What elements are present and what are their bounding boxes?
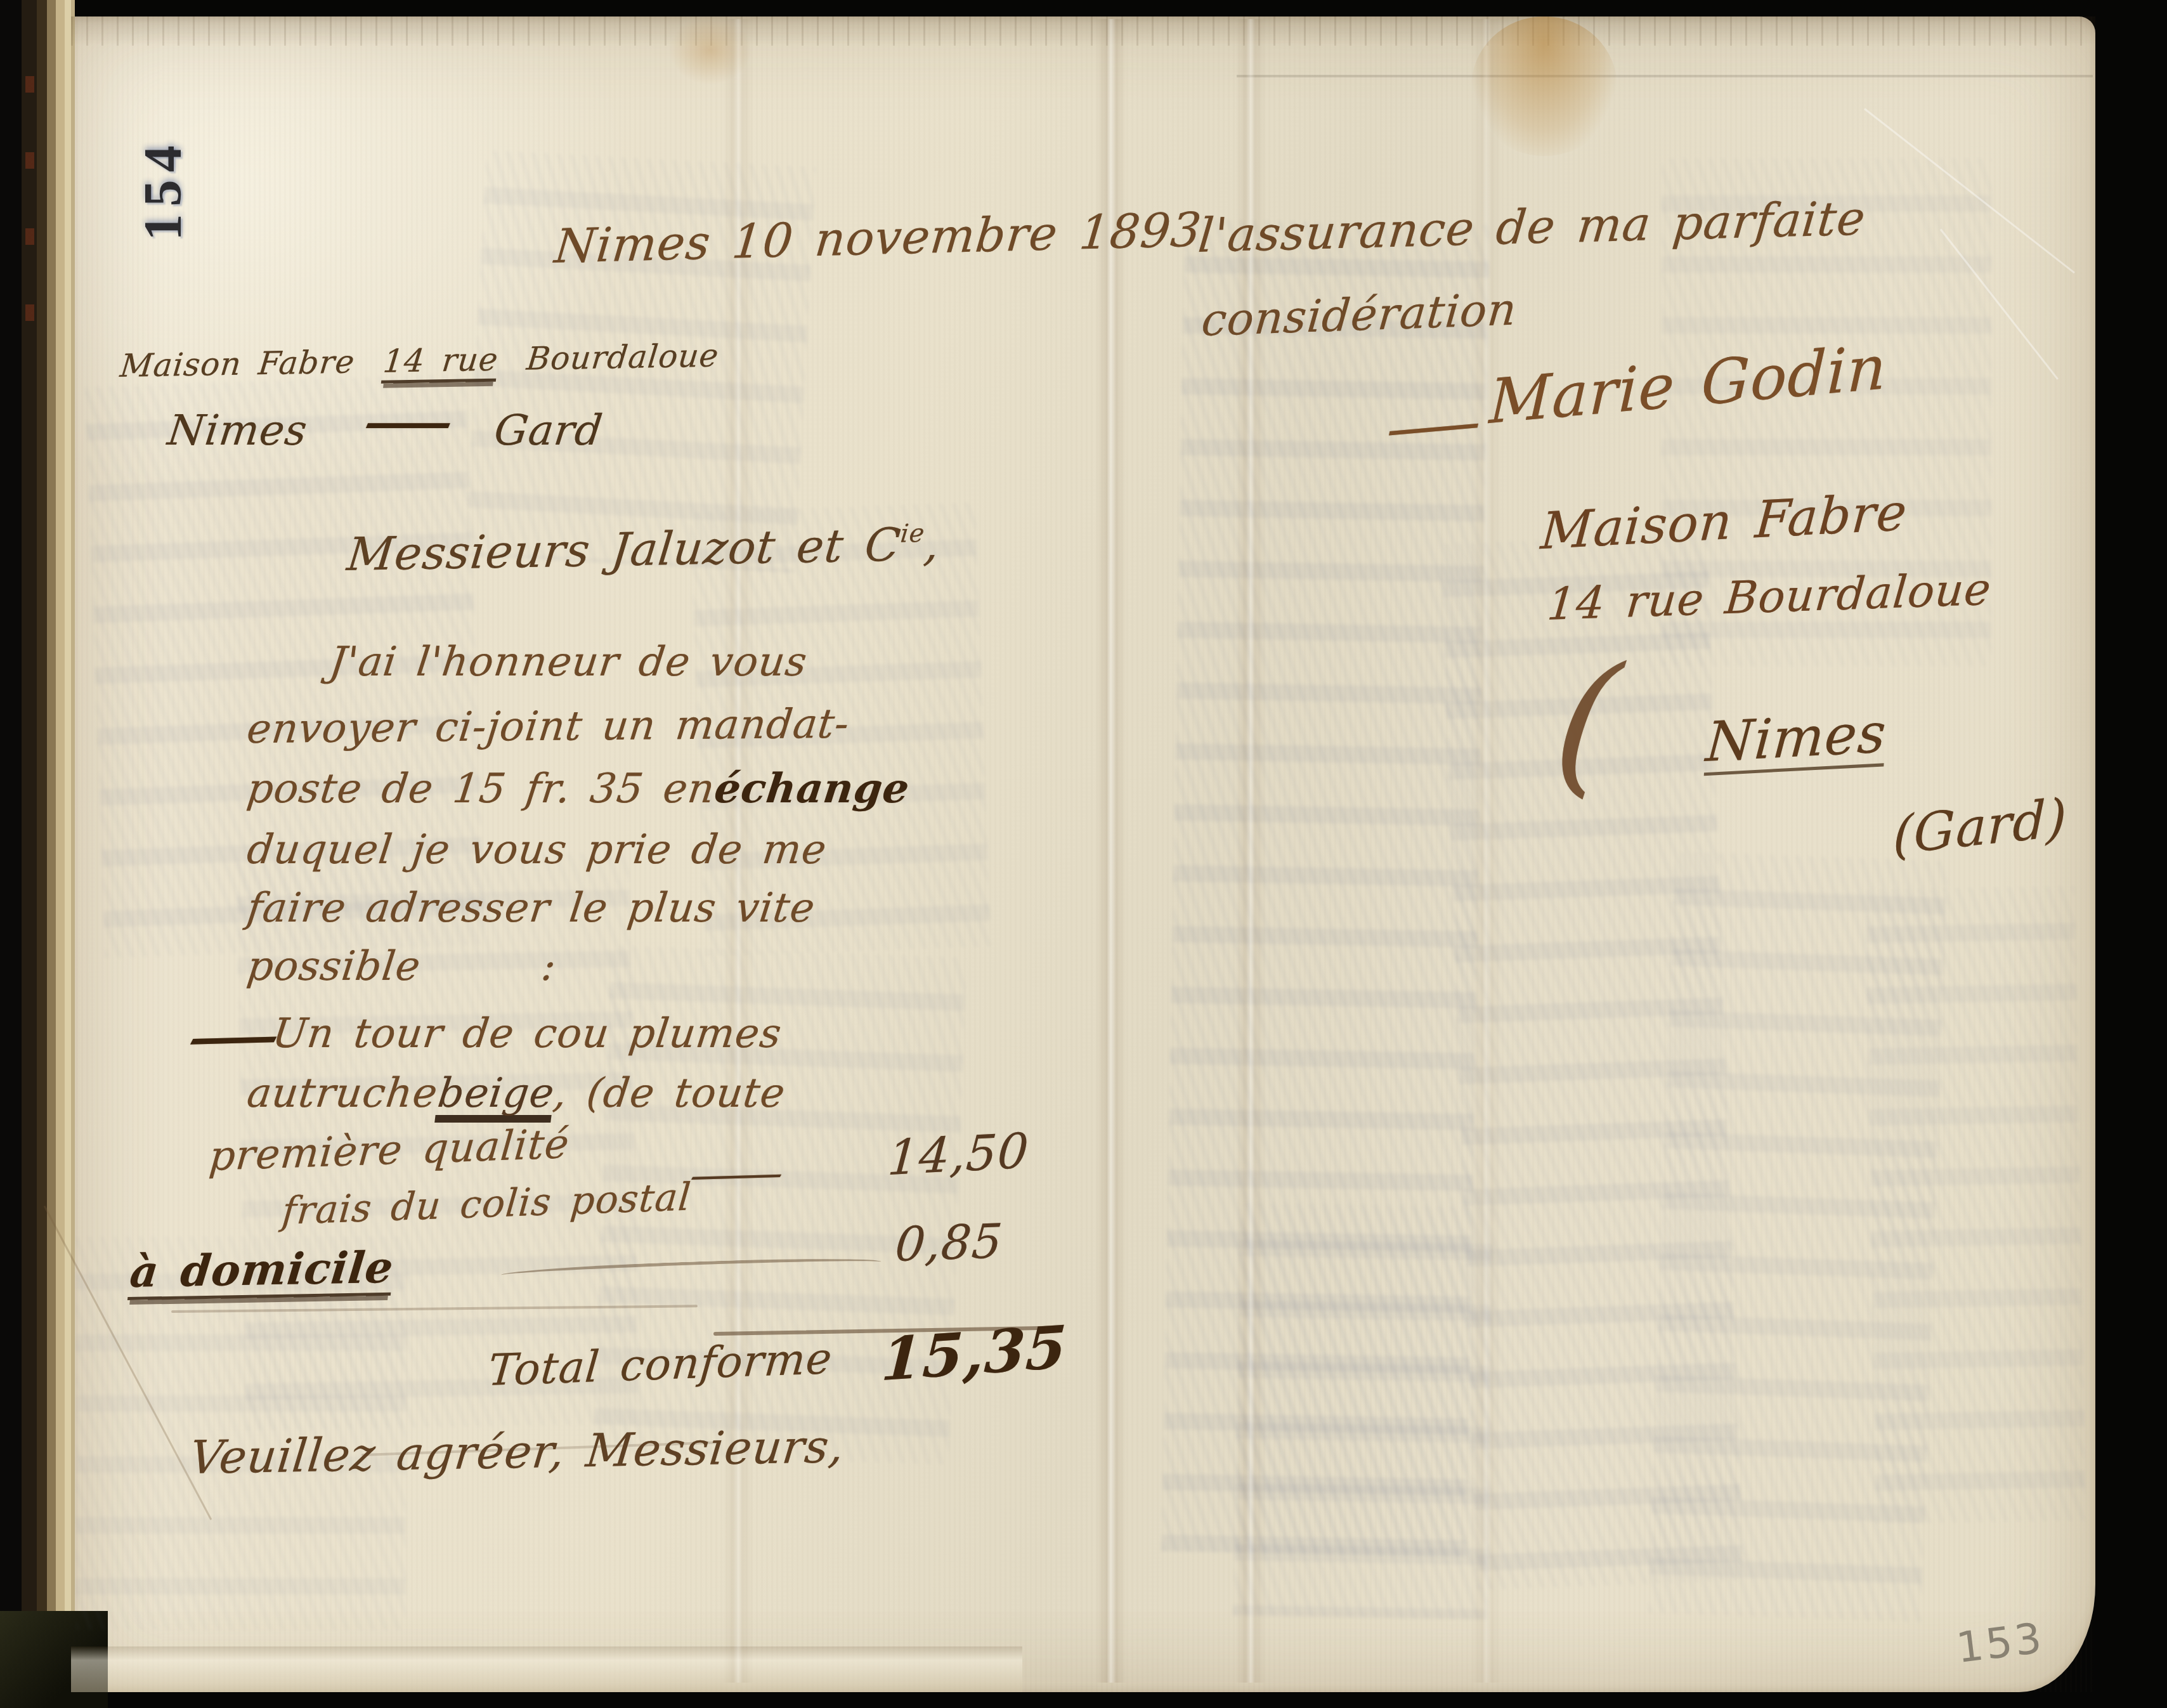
item1-line1: Un tour de cou plumes bbox=[273, 1014, 781, 1054]
salutation-comma: , bbox=[922, 521, 942, 568]
margin-dash: — bbox=[362, 401, 455, 443]
item1-amount: 14,50 bbox=[887, 1126, 1030, 1182]
crease-vertical bbox=[1471, 19, 1502, 1683]
item1-dash: — bbox=[685, 1153, 790, 1196]
total-label: Total conforme bbox=[488, 1338, 833, 1393]
salutation-superscript: ie bbox=[899, 521, 926, 547]
crease-center-fold bbox=[1096, 19, 1126, 1683]
body-line-6: possible : bbox=[247, 946, 556, 987]
valediction-line2: considération bbox=[1201, 287, 1518, 342]
margin-street-name: Bourdaloue bbox=[525, 339, 720, 374]
under-page-edge bbox=[71, 1646, 1022, 1692]
salutation: Messieurs Jaluzot et Cie, bbox=[347, 521, 940, 577]
signature-flourish: — bbox=[1382, 390, 1485, 459]
item2-amount: 0,85 bbox=[895, 1218, 1003, 1268]
paren-flourish: ( bbox=[1557, 647, 1617, 799]
sender-city: Nimes bbox=[1705, 706, 1888, 776]
body-line-5: faire adresser le plus vite bbox=[247, 888, 815, 929]
item1-line2: autruche beige, (de toute bbox=[247, 1073, 785, 1123]
total-amount: 15,35 bbox=[880, 1318, 1069, 1390]
body-line-1: J'ai l'honneur de vous bbox=[330, 642, 807, 682]
body-line-2: envoyer ci-joint un mandat- bbox=[247, 704, 850, 750]
word-a-domicile: à domicile bbox=[127, 1246, 396, 1300]
closing-line: Veuillez agréer, Messieurs, bbox=[190, 1423, 844, 1480]
body-line-3: poste de 15 fr. 35 en échange bbox=[247, 769, 909, 809]
crease-vertical bbox=[1235, 19, 1266, 1683]
archive-stamp: 154 bbox=[90, 100, 236, 278]
margin-note-line2: Nimes — Gard bbox=[168, 409, 602, 452]
margin-street-number: 14 rue bbox=[381, 344, 500, 384]
margin-firm: Maison Fabre bbox=[119, 346, 356, 382]
item1-line3: première qualité bbox=[209, 1124, 570, 1177]
margin-city: Nimes bbox=[166, 410, 309, 452]
archive-stamp-number: 154 bbox=[133, 138, 194, 240]
paper-top-seam bbox=[1237, 75, 2093, 77]
word-echange: échange bbox=[712, 769, 912, 809]
item2-line2: à domicile bbox=[129, 1246, 393, 1300]
word-beige: beige bbox=[434, 1073, 557, 1123]
salutation-text: Messieurs Jaluzot et C bbox=[345, 522, 903, 577]
book-spine bbox=[0, 0, 75, 1708]
spine-marks bbox=[25, 76, 34, 342]
paper-top-pleats bbox=[71, 16, 2095, 46]
body-line-4: duquel je vous prie de me bbox=[247, 830, 826, 870]
margin-department: Gard bbox=[492, 410, 605, 452]
scanned-letter-page: 154 153 Nimes 10 novembre 1893 Maison Fa… bbox=[0, 0, 2167, 1708]
